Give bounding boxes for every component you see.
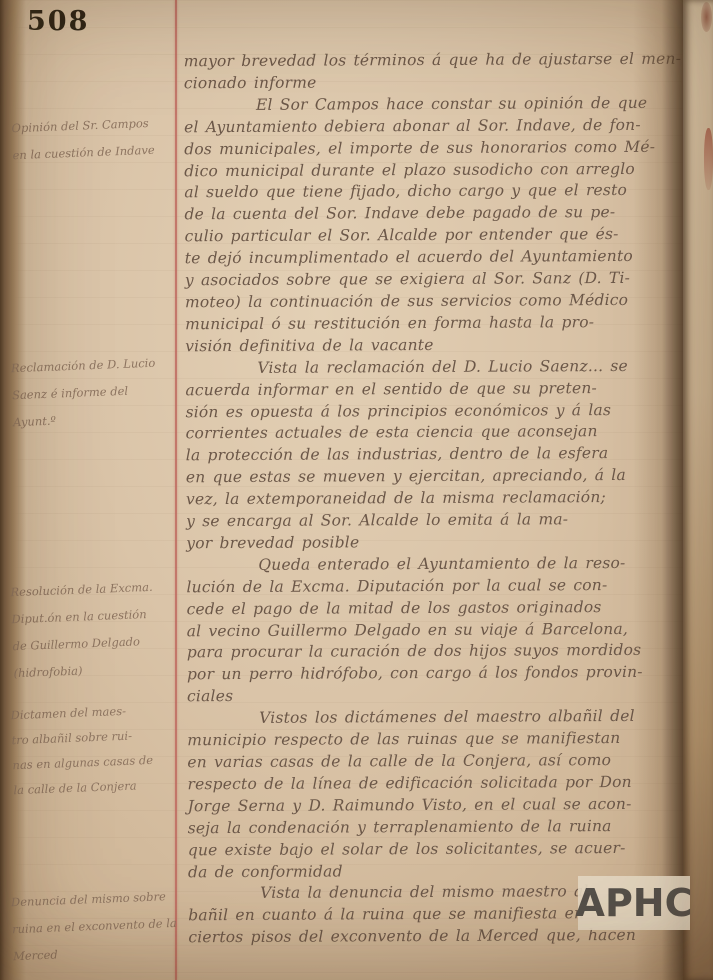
handwritten-text-line: lución de la Excma. Diputación por la cu… <box>186 574 664 598</box>
handwritten-text-line: respecto de la línea de edificación soli… <box>187 772 665 796</box>
handwritten-text-line: cede el pago de la mitad de los gastos o… <box>187 596 665 620</box>
handwritten-text-line: vez, la extemporaneidad de la misma recl… <box>186 487 664 511</box>
handwritten-text-line: visión definitiva de la vacante <box>185 334 663 358</box>
margin-note: Dictamen del maes-tro albañil sobre rui-… <box>10 697 182 803</box>
handwritten-text-line: dico municipal durante el plazo susodich… <box>184 158 662 182</box>
handwritten-text-line: acuerda informar en el sentido de que su… <box>185 377 663 401</box>
handwritten-text-line: culio particular el Sor. Alcalde por ent… <box>185 224 663 248</box>
margin-note: Opinión del Sr. Camposen la cuestión de … <box>11 109 181 169</box>
margin-note-line: la calle de la Conjera <box>13 772 182 803</box>
red-edge-mark <box>704 128 713 190</box>
body-paragraph: Queda enterado el Ayuntamiento de la res… <box>186 553 665 709</box>
handwritten-text-line: la protección de las industrias, dentro … <box>186 443 664 467</box>
margin-note-line: en la cuestión de Indave <box>12 136 181 169</box>
handwritten-text-line: municipio respecto de las ruinas que se … <box>187 728 665 752</box>
handwritten-text-line: ciales <box>187 684 665 708</box>
handwritten-text-line: seja la condenación y terraplenamiento d… <box>188 815 666 839</box>
handwritten-text-line: al vecino Guillermo Delgado en su viaje … <box>187 618 665 642</box>
body-paragraph: mayor brevedad los términos á que ha de … <box>184 49 662 95</box>
handwritten-text-line: el Ayuntamiento debiera abonar al Sor. I… <box>184 114 662 138</box>
handwritten-text-line: yor brevedad posible <box>186 531 664 555</box>
handwritten-text-line: mayor brevedad los términos á que ha de … <box>184 49 662 73</box>
margin-note-line: Ayunt.º <box>13 403 182 436</box>
handwritten-text-line: por un perro hidrófobo, con cargo á los … <box>187 662 665 686</box>
handwritten-text-line: municipal ó su restitución en forma hast… <box>185 312 663 336</box>
handwritten-text-line: para procurar la curación de dos hijos s… <box>187 640 665 664</box>
handwritten-text-line: dos municipales, el importe de sus honor… <box>184 136 662 160</box>
margin-note-line: (hidrofobia) <box>13 654 182 687</box>
margin-note: Resolución de la Excma.Diput.ón en la cu… <box>10 573 182 687</box>
handwritten-text-line: sión es opuesta á los principios económi… <box>185 399 663 423</box>
handwritten-text-line: que existe bajo el solar de los solicita… <box>188 837 666 861</box>
handwritten-text-line: y asociados sobre que se exigiera al Sor… <box>185 268 663 292</box>
handwritten-text-line: Jorge Serna y D. Raimundo Visto, en el c… <box>188 794 666 818</box>
handwritten-text-line: en que estas se mueven y ejercitan, apre… <box>186 465 664 489</box>
margin-note: Reclamación de D. LucioSaenz é informe d… <box>11 349 182 436</box>
edge-stain-mark <box>701 2 712 32</box>
handwritten-text-line: moteo) la continuación de sus servicios … <box>185 290 663 314</box>
handwritten-text-line: corrientes actuales de esta ciencia que … <box>186 421 664 445</box>
handwritten-text-line: El Sor Campos hace constar su opinión de… <box>184 93 662 117</box>
body-paragraph: Vistos los dictámenes del maestro albañi… <box>187 706 666 884</box>
handwritten-text-line: en varias casas de la calle de la Conjer… <box>187 750 665 774</box>
handwritten-text-line: al sueldo que tiene fijado, dicho cargo … <box>184 180 662 204</box>
handwritten-text-line: te dejó incumplimentado el acuerdo del A… <box>185 246 663 270</box>
handwritten-text-line: Queda enterado el Ayuntamiento de la res… <box>186 553 664 577</box>
margin-note-line: Merced <box>13 937 182 970</box>
page-number: 508 <box>27 6 89 37</box>
archive-watermark: APHC <box>578 876 690 930</box>
body-paragraph: Vista la reclamación del D. Lucio Saenz.… <box>185 355 664 555</box>
manuscript-page-scan: 508 Opinión del Sr. Camposen la cuestión… <box>0 0 713 980</box>
handwritten-text-line: Vista la reclamación del D. Lucio Saenz.… <box>185 355 663 379</box>
body-text: mayor brevedad los términos á que ha de … <box>184 49 667 950</box>
margin-note: Denuncia del mismo sobreruina en el exco… <box>11 883 182 970</box>
handwritten-text-line: y se encarga al Sor. Alcalde lo emita á … <box>186 509 664 533</box>
handwritten-text-line: de la cuenta del Sor. Indave debe pagado… <box>184 202 662 226</box>
handwritten-text-line: cionado informe <box>184 71 662 95</box>
handwritten-text-line: Vistos los dictámenes del maestro albañi… <box>187 706 665 730</box>
body-paragraph: El Sor Campos hace constar su opinión de… <box>184 93 663 358</box>
